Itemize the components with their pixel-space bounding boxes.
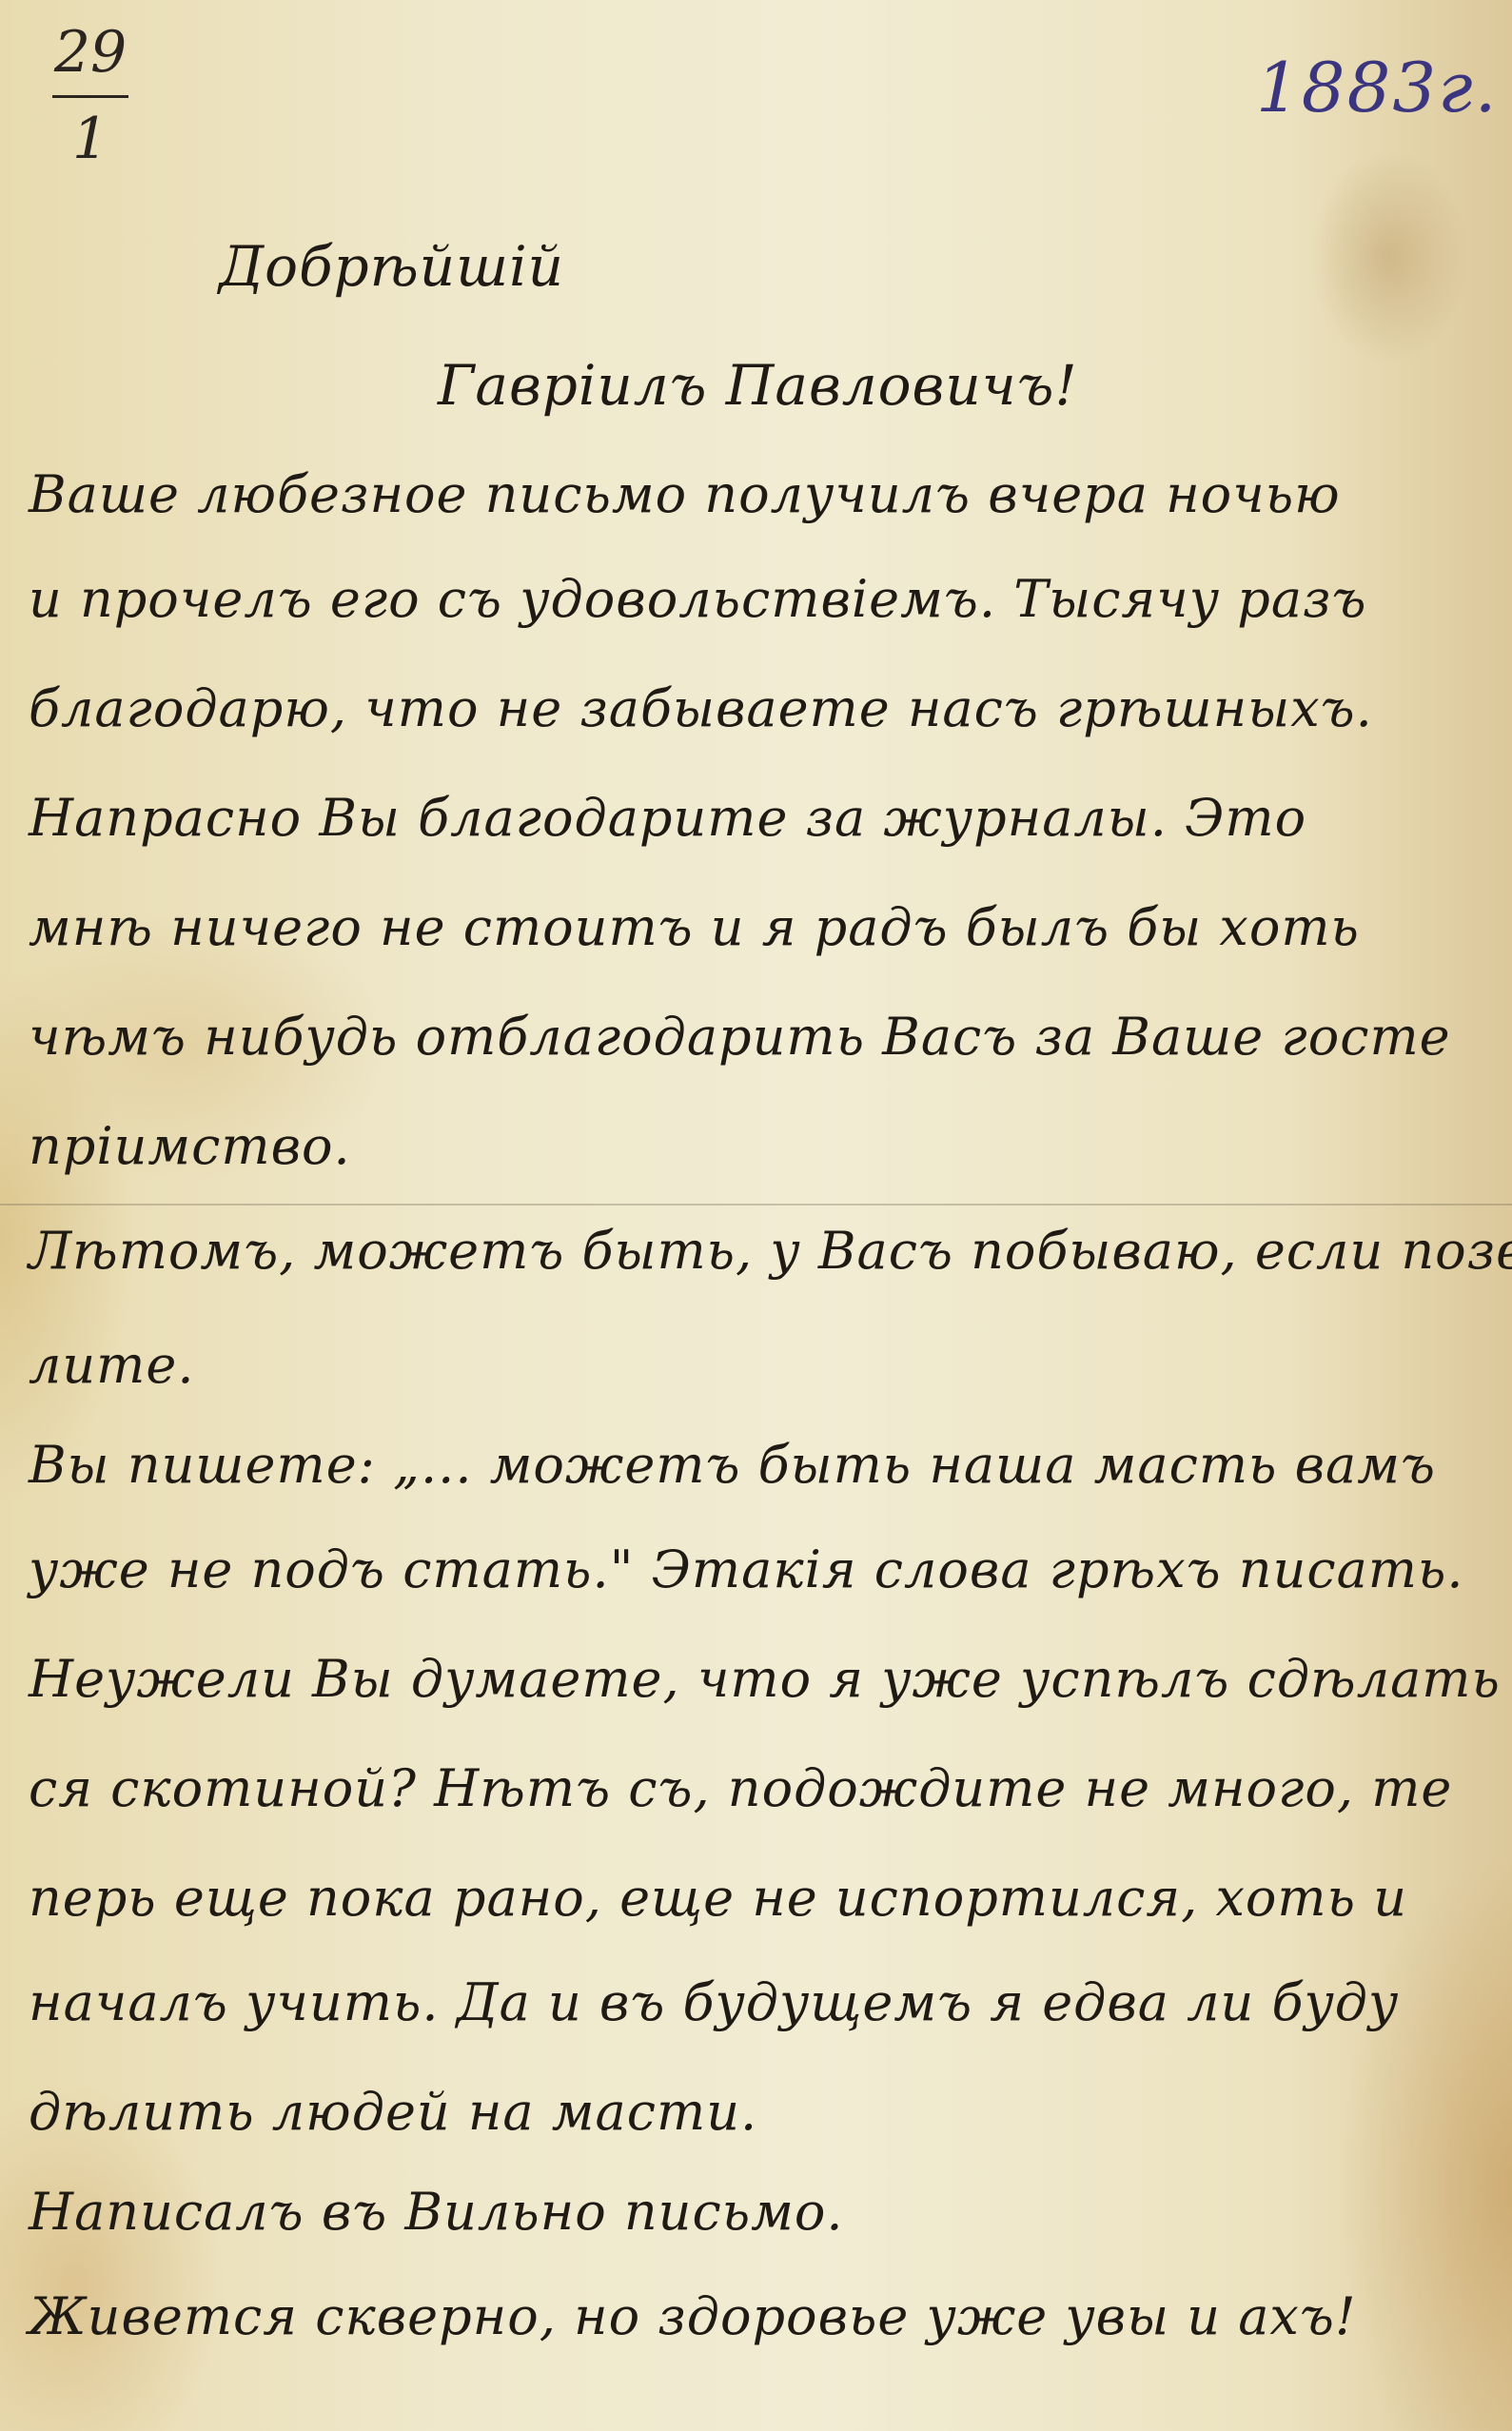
- body-line: Написалъ въ Вильно письмо.: [29, 2184, 844, 2241]
- body-line: дѣлить людей на масти.: [29, 2084, 757, 2141]
- paper-fold-line: [0, 1204, 1512, 1206]
- archive-number: 29 1: [52, 19, 128, 172]
- body-line: Живется скверно, но здоровье уже увы и а…: [29, 2288, 1357, 2345]
- body-line: перь еще пока рано, еще не испортился, х…: [29, 1870, 1407, 1927]
- archive-number-top: 29: [52, 19, 128, 86]
- body-line: чѣмъ нибудь отблагодарить Васъ за Ваше г…: [29, 1009, 1451, 1066]
- body-line: Напрасно Вы благодарите за журналы. Это: [29, 790, 1306, 847]
- body-line: и прочелъ его съ удовольствіемъ. Тысячу …: [29, 571, 1366, 628]
- body-line: началъ учить. Да и въ будущемъ я едва ли…: [29, 1974, 1399, 2031]
- body-line: ся скотиной? Нѣтъ съ, подождите не много…: [29, 1760, 1452, 1817]
- archive-number-divider: [52, 95, 128, 98]
- body-line: Неужели Вы думаете, что я уже успѣлъ сдѣ…: [29, 1651, 1501, 1708]
- body-line: лите.: [29, 1337, 195, 1394]
- salutation-line-2: Гавріилъ Павловичъ!: [438, 357, 1078, 414]
- salutation-line-1: Добрѣйшій: [219, 238, 564, 295]
- letter-year: 1883г.: [1256, 48, 1499, 127]
- body-line: благодарю, что не забываете насъ грѣшных…: [29, 680, 1373, 737]
- body-line: уже не подъ стать." Этакія слова грѣхъ п…: [29, 1541, 1464, 1598]
- body-line: Лѣтомъ, можетъ быть, у Васъ побываю, есл…: [29, 1223, 1512, 1280]
- body-line: Вы пишете: „... можетъ быть наша масть в…: [29, 1437, 1436, 1494]
- letter-page: 29 1 1883г. Добрѣйшій Гавріилъ Павловичъ…: [0, 0, 1512, 2431]
- archive-number-bottom: 1: [52, 106, 128, 172]
- body-line: Ваше любезное письмо получилъ вчера ночь…: [29, 466, 1341, 523]
- body-line: мнѣ ничего не стоитъ и я радъ былъ бы хо…: [29, 899, 1360, 956]
- body-line: пріимство.: [29, 1118, 351, 1175]
